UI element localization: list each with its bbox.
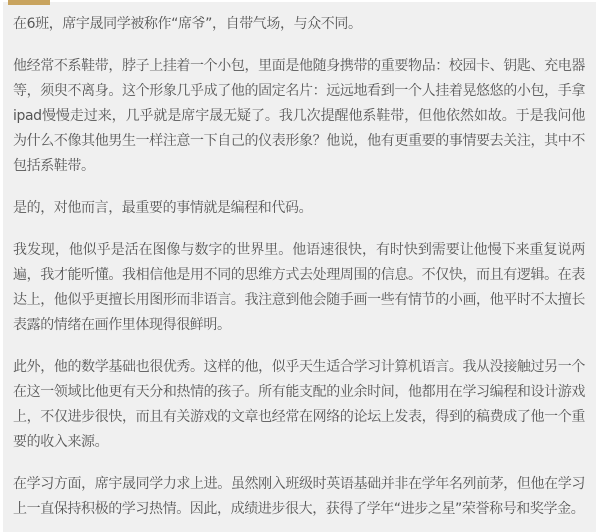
article-paragraph: 是的，对他而言，最重要的事情就是编程和代码。 [13, 196, 585, 221]
gold-accent-bar [8, 0, 50, 5]
article-quote-panel: 在6班，席宇晟同学被称作“席爷”，自带气场，与众不同。 他经常不系鞋带，脖子上挂… [3, 2, 596, 532]
article-paragraph: 此外，他的数学基础也很优秀。这样的他，似乎天生适合学习计算机语言。我从没接触过另… [13, 355, 585, 455]
article-paragraph: 我发现，他似乎是活在图像与数字的世界里。他语速很快，有时快到需要让他慢下来重复说… [13, 238, 585, 338]
article-paragraph: 在学习方面，席宇晟同学力求上进。虽然刚入班级时英语基础并非在学年名列前茅，但他在… [13, 472, 585, 522]
article-paragraph: 在6班，席宇晟同学被称作“席爷”，自带气场，与众不同。 [13, 12, 585, 37]
article-paragraph: 他经常不系鞋带，脖子上挂着一个小包，里面是他随身携带的重要物品：校园卡、钥匙、充… [13, 54, 585, 179]
